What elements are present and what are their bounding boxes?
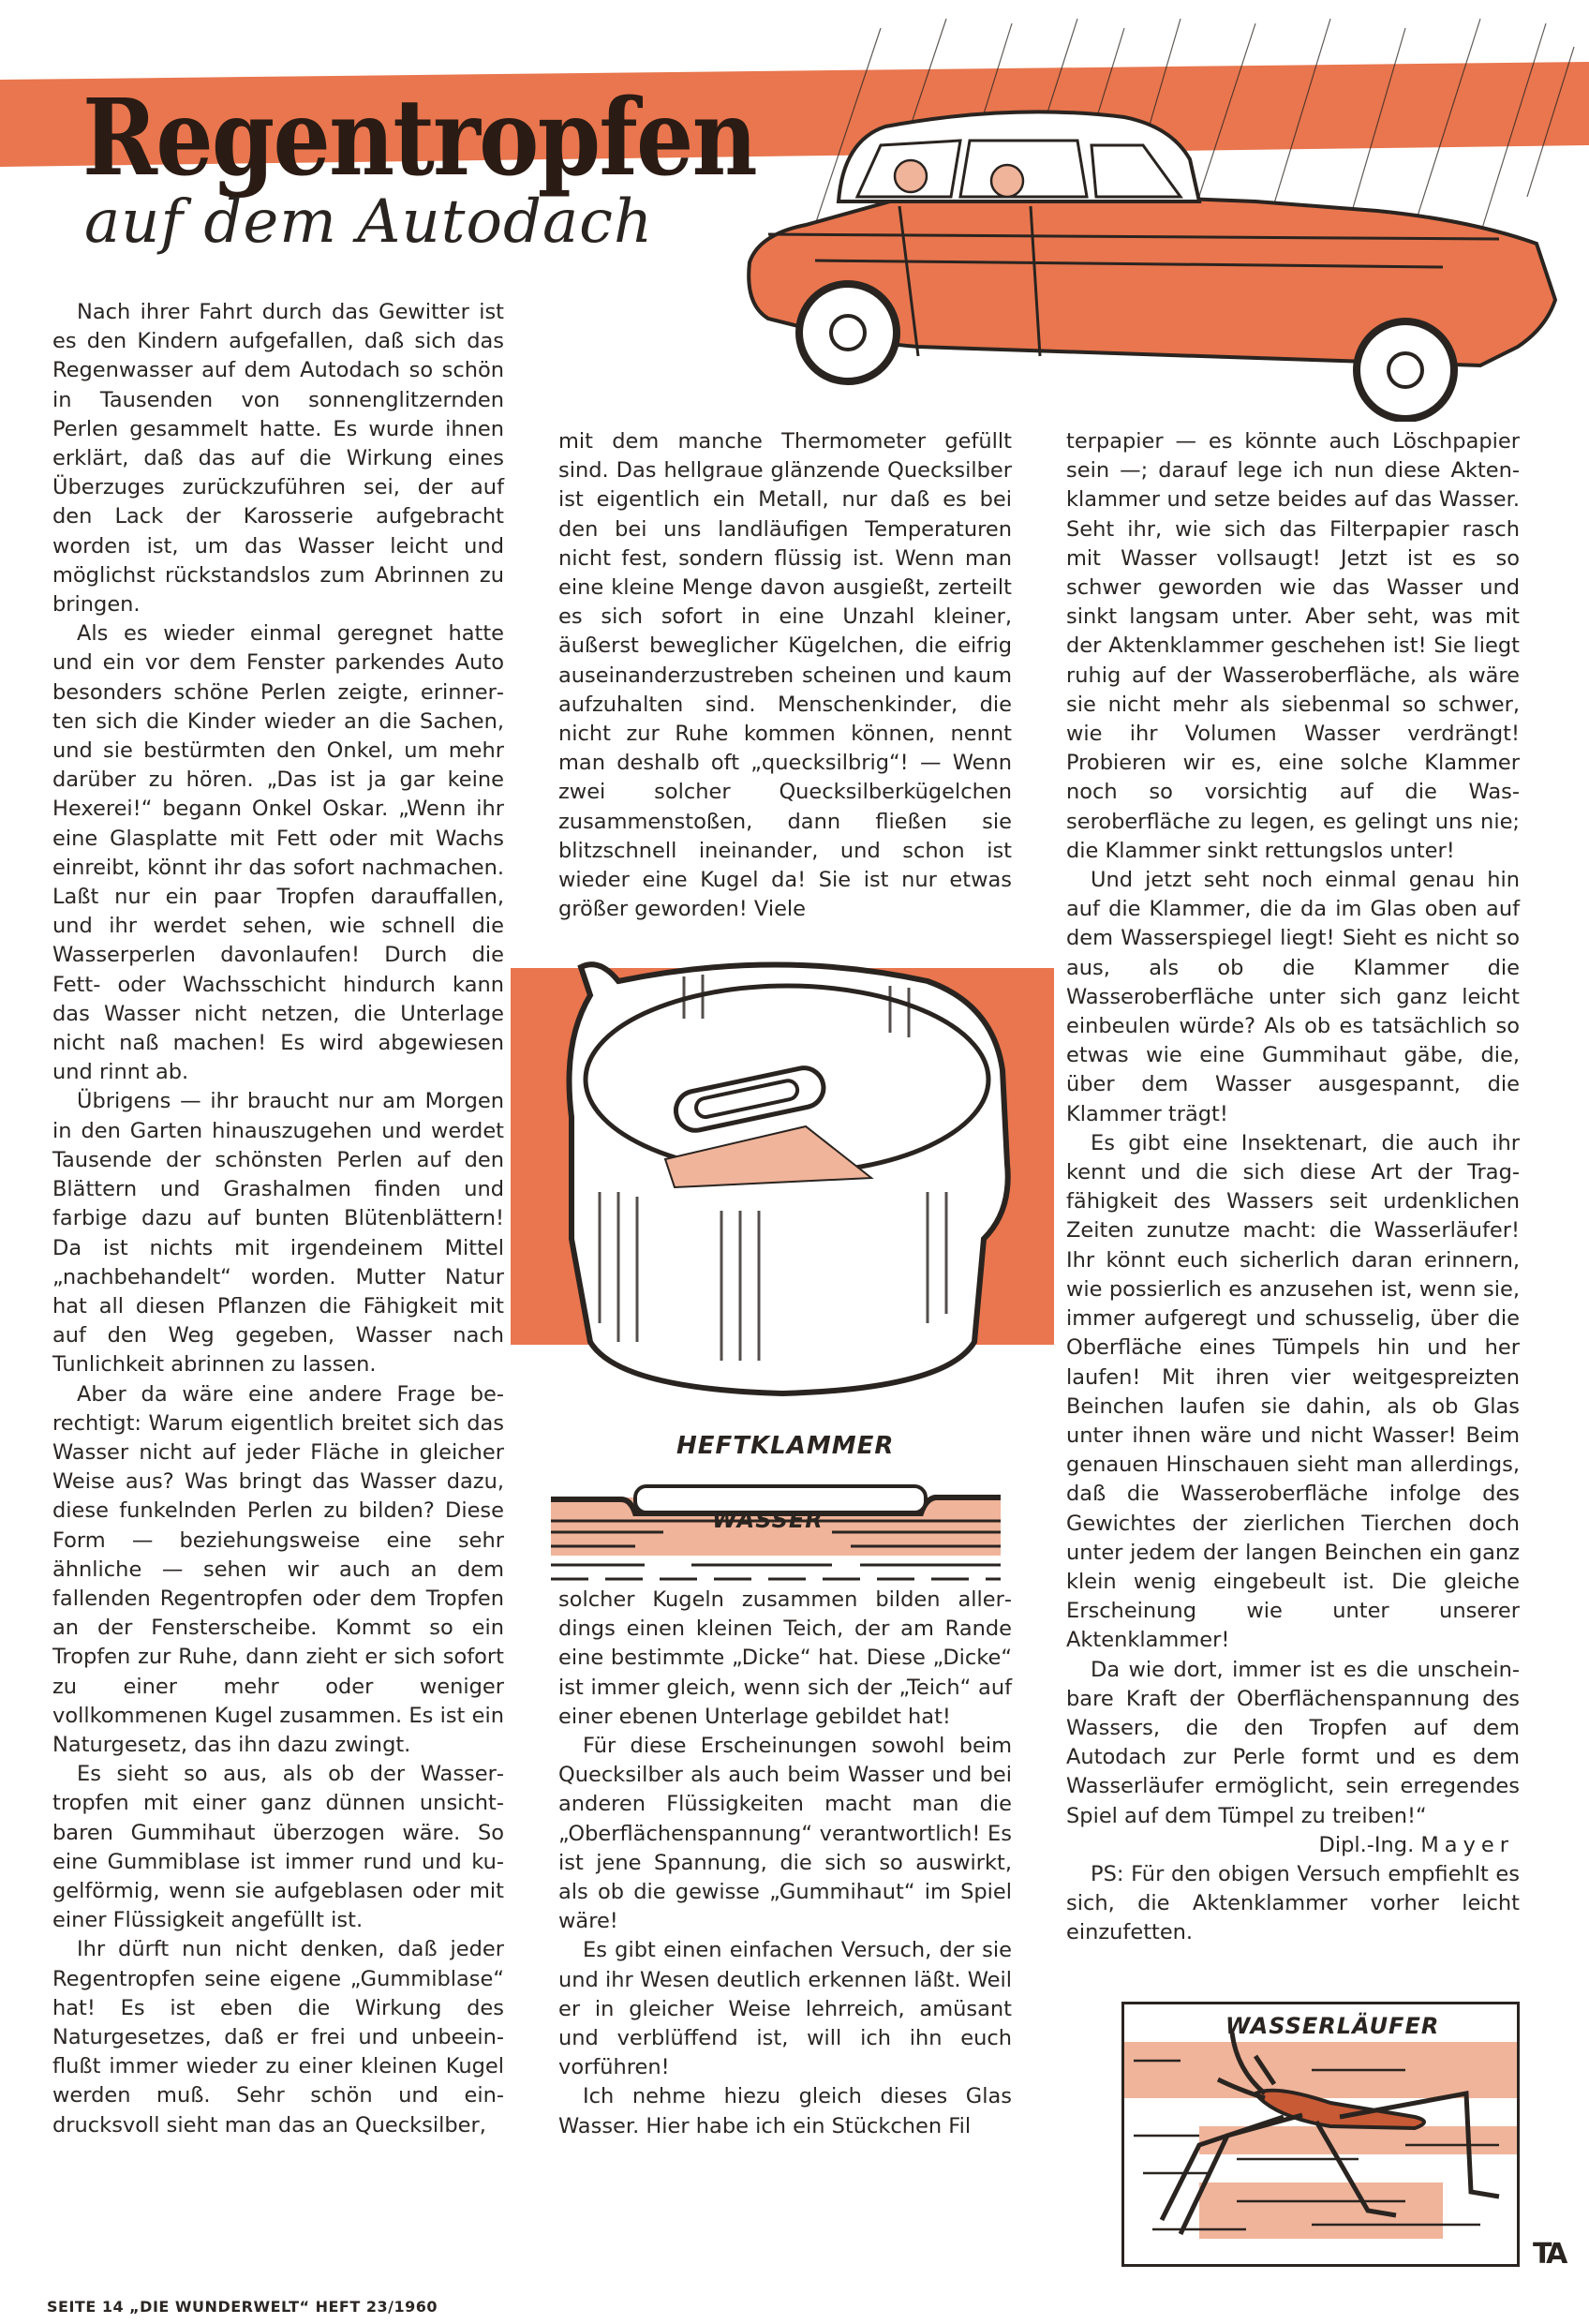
paragraph: Aber da wäre eine andere Frage be­rechti…	[52, 1380, 504, 1761]
surface-tension-diagram-icon	[551, 1424, 1019, 1584]
paragraph: Ihr dürft nun nicht denken, daß jeder Re…	[52, 1935, 504, 2139]
label-water-strider: WASSERLÄUFER	[1225, 2013, 1439, 2039]
page-title: Regentropfen	[82, 86, 756, 191]
paragraph: Nach ihrer Fahrt durch das Gewitter ist …	[52, 298, 504, 619]
article-column-3: terpapier — es könnte auch Löschpapier s…	[1066, 427, 1520, 1948]
paragraph: Ich nehme hiezu gleich dieses Glas Wasse…	[558, 2082, 1012, 2140]
postscript: PS: Für den obigen Versuch empfiehlt es …	[1066, 1860, 1520, 1948]
water-strider-figure	[1121, 2002, 1520, 2267]
paragraph: Als es wieder einmal geregnet hatte und …	[52, 619, 504, 1087]
article-column-1: Nach ihrer Fahrt durch das Gewitter ist …	[52, 298, 504, 2140]
artist-signature: TA	[1533, 2238, 1564, 2271]
article-column-2-top: mit dem manche Thermometer gefüllt sind.…	[558, 427, 1012, 924]
paragraph: mit dem manche Thermometer gefüllt sind.…	[558, 427, 1012, 924]
paragraph: terpapier — es könnte auch Löschpapier s…	[1066, 427, 1520, 866]
author-title: Dipl.-Ing.	[1319, 1833, 1415, 1857]
paragraph: Für diese Erscheinungen sowohl beim Quec…	[558, 1732, 1012, 1936]
water-strider-icon	[1124, 2004, 1517, 2264]
car-illustration-icon	[731, 9, 1589, 422]
glass-with-paperclip-icon	[534, 930, 1031, 1398]
paragraph: Übrigens — ihr braucht nur am Mor­gen in…	[52, 1087, 504, 1379]
page-footer: SEITE 14 „DIE WUNDERWELT“ HEFT 23/1960	[47, 2298, 438, 2316]
paragraph: solcher Kugeln zusammen bilden aller­din…	[558, 1586, 1012, 1732]
author-signature: Dipl.-Ing. Mayer	[1066, 1831, 1520, 1860]
paragraph: Und jetzt seht noch einmal genau hin auf…	[1066, 866, 1520, 1129]
article-column-2-bottom: solcher Kugeln zusammen bilden aller­din…	[558, 1586, 1012, 2141]
label-water: WASSER	[712, 1507, 824, 1533]
page-subtitle: auf dem Autodach	[84, 192, 653, 252]
paragraph: Da wie dort, immer ist es die unschein­b…	[1066, 1656, 1520, 1831]
author-name: Mayer	[1420, 1833, 1514, 1857]
paragraph: Es sieht so aus, als ob der Wasser­tropf…	[52, 1760, 504, 1935]
paragraph: Es gibt einen einfachen Versuch, der sie…	[558, 1936, 1012, 2082]
paragraph: Es gibt eine Insektenart, die auch ihr k…	[1066, 1129, 1520, 1656]
